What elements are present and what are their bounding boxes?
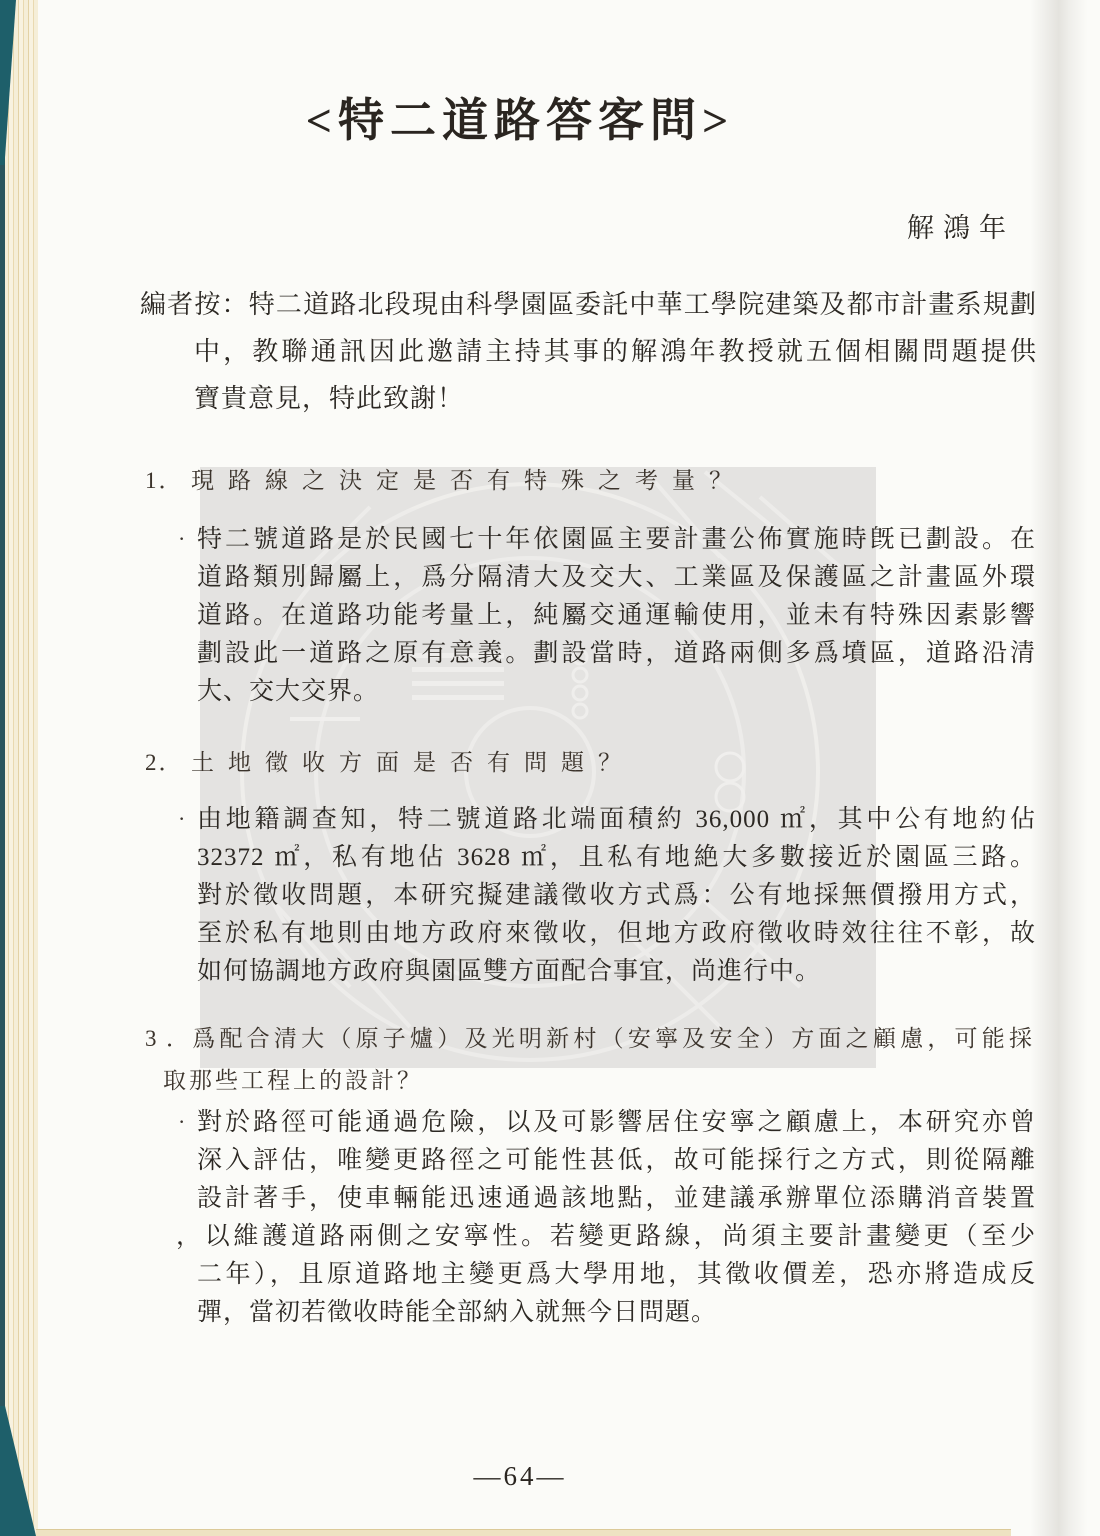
editor-note-line: 編者按：特二道路北段現由科學園區委託中華工學院建築及都市計畫系規劃 <box>140 281 1037 328</box>
answer-2-line: 至於私有地則由地方政府來徵收，但地方政府徵收時效往往不彰，故 <box>197 915 1036 953</box>
answer-3-line: 二年），且原道路地主變更爲大學用地，其徵收價差，恐亦將造成反 <box>197 1256 1036 1294</box>
question-3-text: 爲配合清大（原子爐）及光明新村（安寧及安全）方面之顧慮，可能採 <box>191 1026 1035 1051</box>
answer-2-line: 由地籍調查知，特二號道路北端面積約 36,000 ㎡，其中公有地約佔 <box>197 801 1036 839</box>
answer-3-line: 對於路徑可能通過危險，以及可影響居住安寧之顧慮上，本研究亦曾 <box>197 1104 1036 1142</box>
answer-2-line: 32372 ㎡，私有地佔 3628 ㎡，且私有地絶大多數接近於園區三路。 <box>197 839 1036 877</box>
question-2: 2．土地徵收方面是否有問題？ <box>145 742 635 784</box>
answer-3-line: ，以維護道路兩側之安寧性。若變更路線，尚須主要計畫變更（至少 <box>176 1218 1036 1256</box>
answer-1-line: 特二號道路是於民國七十年依園區主要計畫公佈實施時旣已劃設。在 <box>197 521 1036 559</box>
question-1-number: 1． <box>145 460 191 502</box>
question-3: 3．爲配合清大（原子爐）及光明新村（安寧及安全）方面之顧慮，可能採 取那些工程上… <box>145 1018 1035 1102</box>
editor-note-text: 特二道路北段現由科學園區委託中華工學院建築及都市計畫系規劃 <box>249 290 1037 319</box>
answer-3-line: 設計著手，使車輛能迅速通過該地點，並建議承辦單位添購消音裝置 <box>197 1180 1036 1218</box>
author-name: 解鴻年 <box>755 206 1015 245</box>
page-gutter-shadow <box>1030 0 1090 1536</box>
answer-bullet: · <box>178 800 186 838</box>
page-title: <特二道路答客問> <box>0 84 1040 150</box>
scanned-page: <特二道路答客問> 解鴻年 編者按：特二道路北段現由科學園區委託中華工學院建築及… <box>0 0 1100 1536</box>
editor-note-label: 編者按： <box>140 290 249 319</box>
editor-note: 編者按：特二道路北段現由科學園區委託中華工學院建築及都市計畫系規劃 中，教聯通訊… <box>140 281 1037 422</box>
question-2-number: 2． <box>145 742 191 784</box>
answer-3-line: 彈，當初若徵收時能全部納入就無今日問題。 <box>197 1294 1036 1332</box>
answer-2-line: 如何協調地方政府與園區雙方面配合事宜，尚進行中。 <box>197 953 1036 991</box>
question-1: 1．現路線之決定是否有特殊之考量？ <box>145 460 746 502</box>
book-spine-edge <box>0 0 5 1536</box>
answer-1-line: 道路類別歸屬上，爲分隔清大及交大、工業區及保護區之計畫區外環 <box>197 559 1036 597</box>
answer-bullet: · <box>178 1103 186 1141</box>
page-number: —64— <box>0 1461 1040 1492</box>
book-bottom-edge <box>36 1529 1011 1536</box>
answer-3: · 對於路徑可能通過危險，以及可影響居住安寧之顧慮上，本研究亦曾 深入評估，唯變… <box>176 1104 1037 1332</box>
question-1-text: 現路線之決定是否有特殊之考量？ <box>191 468 746 493</box>
answer-2-line: 對於徵收問題，本研究擬建議徵收方式爲：公有地採無價撥用方式， <box>197 877 1036 915</box>
answer-3-line: 深入評估，唯變更路徑之可能性甚低，故可能採行之方式，則從隔離 <box>197 1142 1036 1180</box>
answer-1: · 特二號道路是於民國七十年依園區主要計畫公佈實施時旣已劃設。在 道路類別歸屬上… <box>176 521 1037 711</box>
editor-note-line: 中，教聯通訊因此邀請主持其事的解鴻年教授就五個相關問題提供 <box>194 328 1037 375</box>
answer-1-line: 劃設此一道路之原有意義。劃設當時，道路兩側多爲墳區，道路沿清 <box>197 635 1036 673</box>
question-2-text: 土地徵收方面是否有問題？ <box>191 750 635 775</box>
question-3-number: 3． <box>145 1018 191 1060</box>
answer-2: · 由地籍調查知，特二號道路北端面積約 36,000 ㎡，其中公有地約佔 323… <box>176 801 1037 991</box>
question-3-line: 3．爲配合清大（原子爐）及光明新村（安寧及安全）方面之顧慮，可能採 <box>145 1018 1035 1060</box>
book-page-edges <box>4 0 38 1536</box>
editor-note-line: 寶貴意見，特此致謝！ <box>194 375 1037 422</box>
answer-1-line: 大、交大交界。 <box>197 673 1036 711</box>
answer-1-line: 道路。在道路功能考量上，純屬交通運輸使用，並未有特殊因素影響 <box>197 597 1036 635</box>
question-3-line: 取那些工程上的設計？ <box>163 1060 1035 1102</box>
answer-bullet: · <box>178 520 186 558</box>
